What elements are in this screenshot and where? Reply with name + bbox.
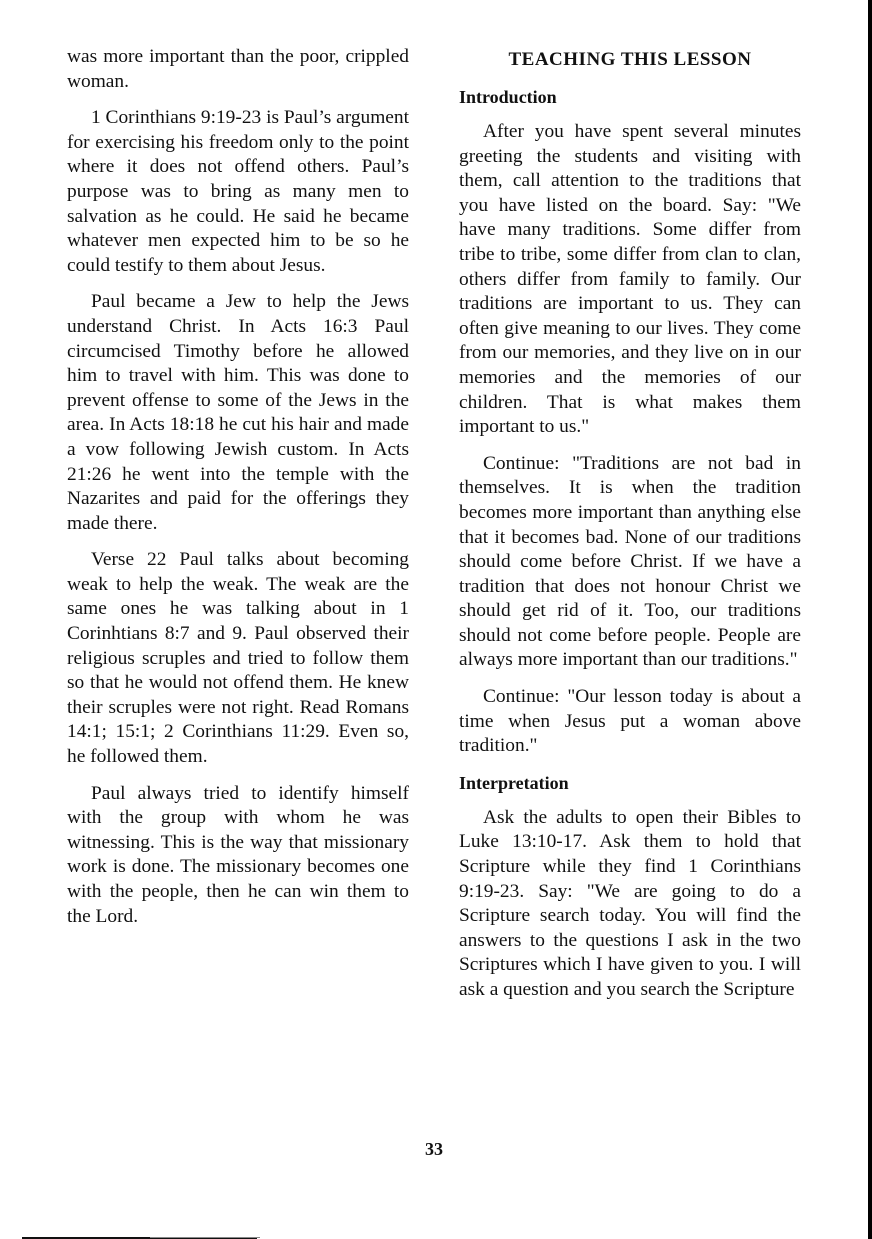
subheading-interpretation: Interpretation [459,771,801,795]
paragraph: Paul always tried to identify himself wi… [67,782,409,930]
section-title: TEACHING THIS LESSON [459,45,801,75]
scan-border-right [868,0,872,1239]
paragraph: was more important than the poor, crippl… [67,45,409,94]
paragraph: Verse 22 Paul talks about becoming weak … [67,548,409,769]
paragraph: Paul became a Jew to help the Jews under… [67,290,409,536]
left-column: was more important than the poor, crippl… [67,45,409,941]
right-column: TEACHING THIS LESSON Introduction After … [459,45,801,1015]
scan-artifact-line [150,1237,260,1238]
paragraph: 1 Corinthians 9:19-23 is Paul’s argument… [67,106,409,278]
page-number: 33 [0,1139,868,1160]
subheading-introduction: Introduction [459,85,801,109]
paragraph: After you have spent several minutes gre… [459,120,801,440]
paragraph: Continue: "Traditions are not bad in the… [459,452,801,673]
paragraph: Ask the adults to open their Bibles to L… [459,806,801,1003]
paragraph: Continue: "Our lesson today is about a t… [459,685,801,759]
